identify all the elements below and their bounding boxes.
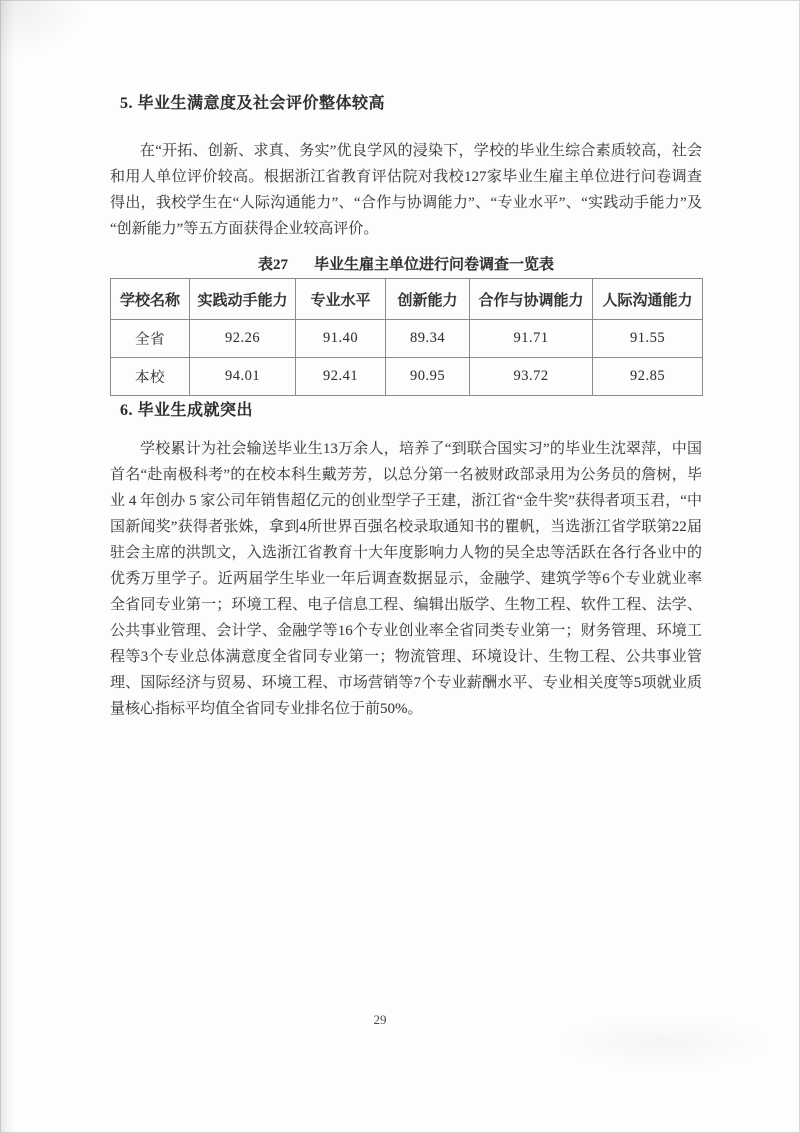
table-header-cell: 创新能力: [386, 279, 470, 320]
table-cell: 94.01: [190, 358, 296, 396]
table-row-label: 本校: [111, 358, 190, 396]
table-cell: 91.55: [593, 320, 703, 358]
table-header-cell: 人际沟通能力: [593, 279, 703, 320]
table-row-label: 全省: [111, 320, 190, 358]
table-cell: 92.41: [296, 358, 386, 396]
table-row: 本校 94.01 92.41 90.95 93.72 92.85: [111, 358, 703, 396]
table-cell: 90.95: [386, 358, 470, 396]
table-caption-title: 毕业生雇主单位进行问卷调查一览表: [314, 257, 554, 273]
section-6-heading: 6. 毕业生成就突出: [120, 400, 702, 422]
table-header-cell: 专业水平: [296, 279, 386, 320]
table-cell: 91.40: [296, 320, 386, 358]
table-caption: 表27毕业生雇主单位进行问卷调查一览表: [110, 255, 702, 275]
section-5-heading: 5. 毕业生满意度及社会评价整体较高: [120, 93, 702, 115]
table-cell: 89.34: [386, 320, 470, 358]
table-caption-label: 表27: [258, 257, 288, 273]
employer-survey-table: 学校名称 实践动手能力 专业水平 创新能力 合作与协调能力 人际沟通能力 全省 …: [110, 278, 703, 396]
table-row: 全省 92.26 91.40 89.34 91.71 91.55: [111, 320, 703, 358]
document-page: 5. 毕业生满意度及社会评价整体较高 在“开拓、创新、求真、务实”优良学风的浸染…: [0, 0, 800, 1133]
table-cell: 92.85: [593, 358, 703, 396]
section-6-paragraph: 学校累计为社会输送毕业生13万余人，培养了“到联合国实习”的毕业生沈翠萍，中国首…: [110, 436, 702, 722]
table-header-cell: 合作与协调能力: [470, 279, 593, 320]
table-cell: 92.26: [190, 320, 296, 358]
scan-edge-shadow: [0, 0, 16, 1133]
scan-corner-shade: [0, 0, 90, 60]
table-cell: 91.71: [470, 320, 593, 358]
section-5-paragraph: 在“开拓、创新、求真、务实”优良学风的浸染下，学校的毕业生综合素质较高，社会和用…: [110, 138, 702, 242]
table-header-cell: 实践动手能力: [190, 279, 296, 320]
table-header-row: 学校名称 实践动手能力 专业水平 创新能力 合作与协调能力 人际沟通能力: [111, 279, 703, 320]
table-cell: 93.72: [470, 358, 593, 396]
table-header-cell: 学校名称: [111, 279, 190, 320]
page-number: 29: [0, 1012, 760, 1028]
page-content: 5. 毕业生满意度及社会评价整体较高 在“开拓、创新、求真、务实”优良学风的浸染…: [110, 0, 702, 722]
